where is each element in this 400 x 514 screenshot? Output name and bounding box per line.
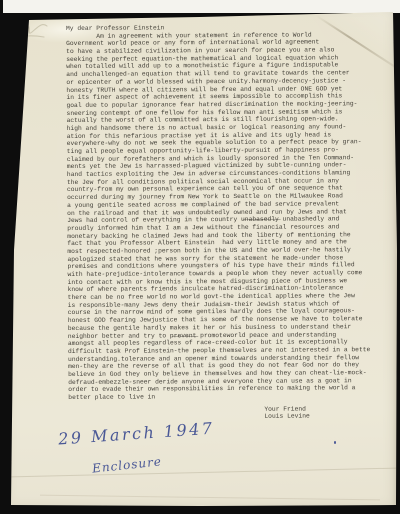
ink-dot [334,441,336,444]
pencil-scribble [14,16,64,42]
paper-crease-bottom-2 [40,495,380,501]
paper-crease-bottom [8,468,396,478]
letter-body: My dear Professor Einstein Am in agreeme… [66,23,380,422]
letter-lines: Am in agreement with your statement in r… [66,31,380,402]
letter-line: better place to live in [68,392,380,402]
handwritten-date: 29 March 1947 [58,419,216,449]
handwritten-enclosure-note: Enclosure [91,454,162,475]
scan-edge-strip [3,0,400,13]
closing-signature: Louis Levine [264,412,380,420]
letter-closing: Your Friend Louis Levine [264,405,380,421]
letter-paper: My dear Professor Einstein Am in agreeme… [0,0,400,514]
